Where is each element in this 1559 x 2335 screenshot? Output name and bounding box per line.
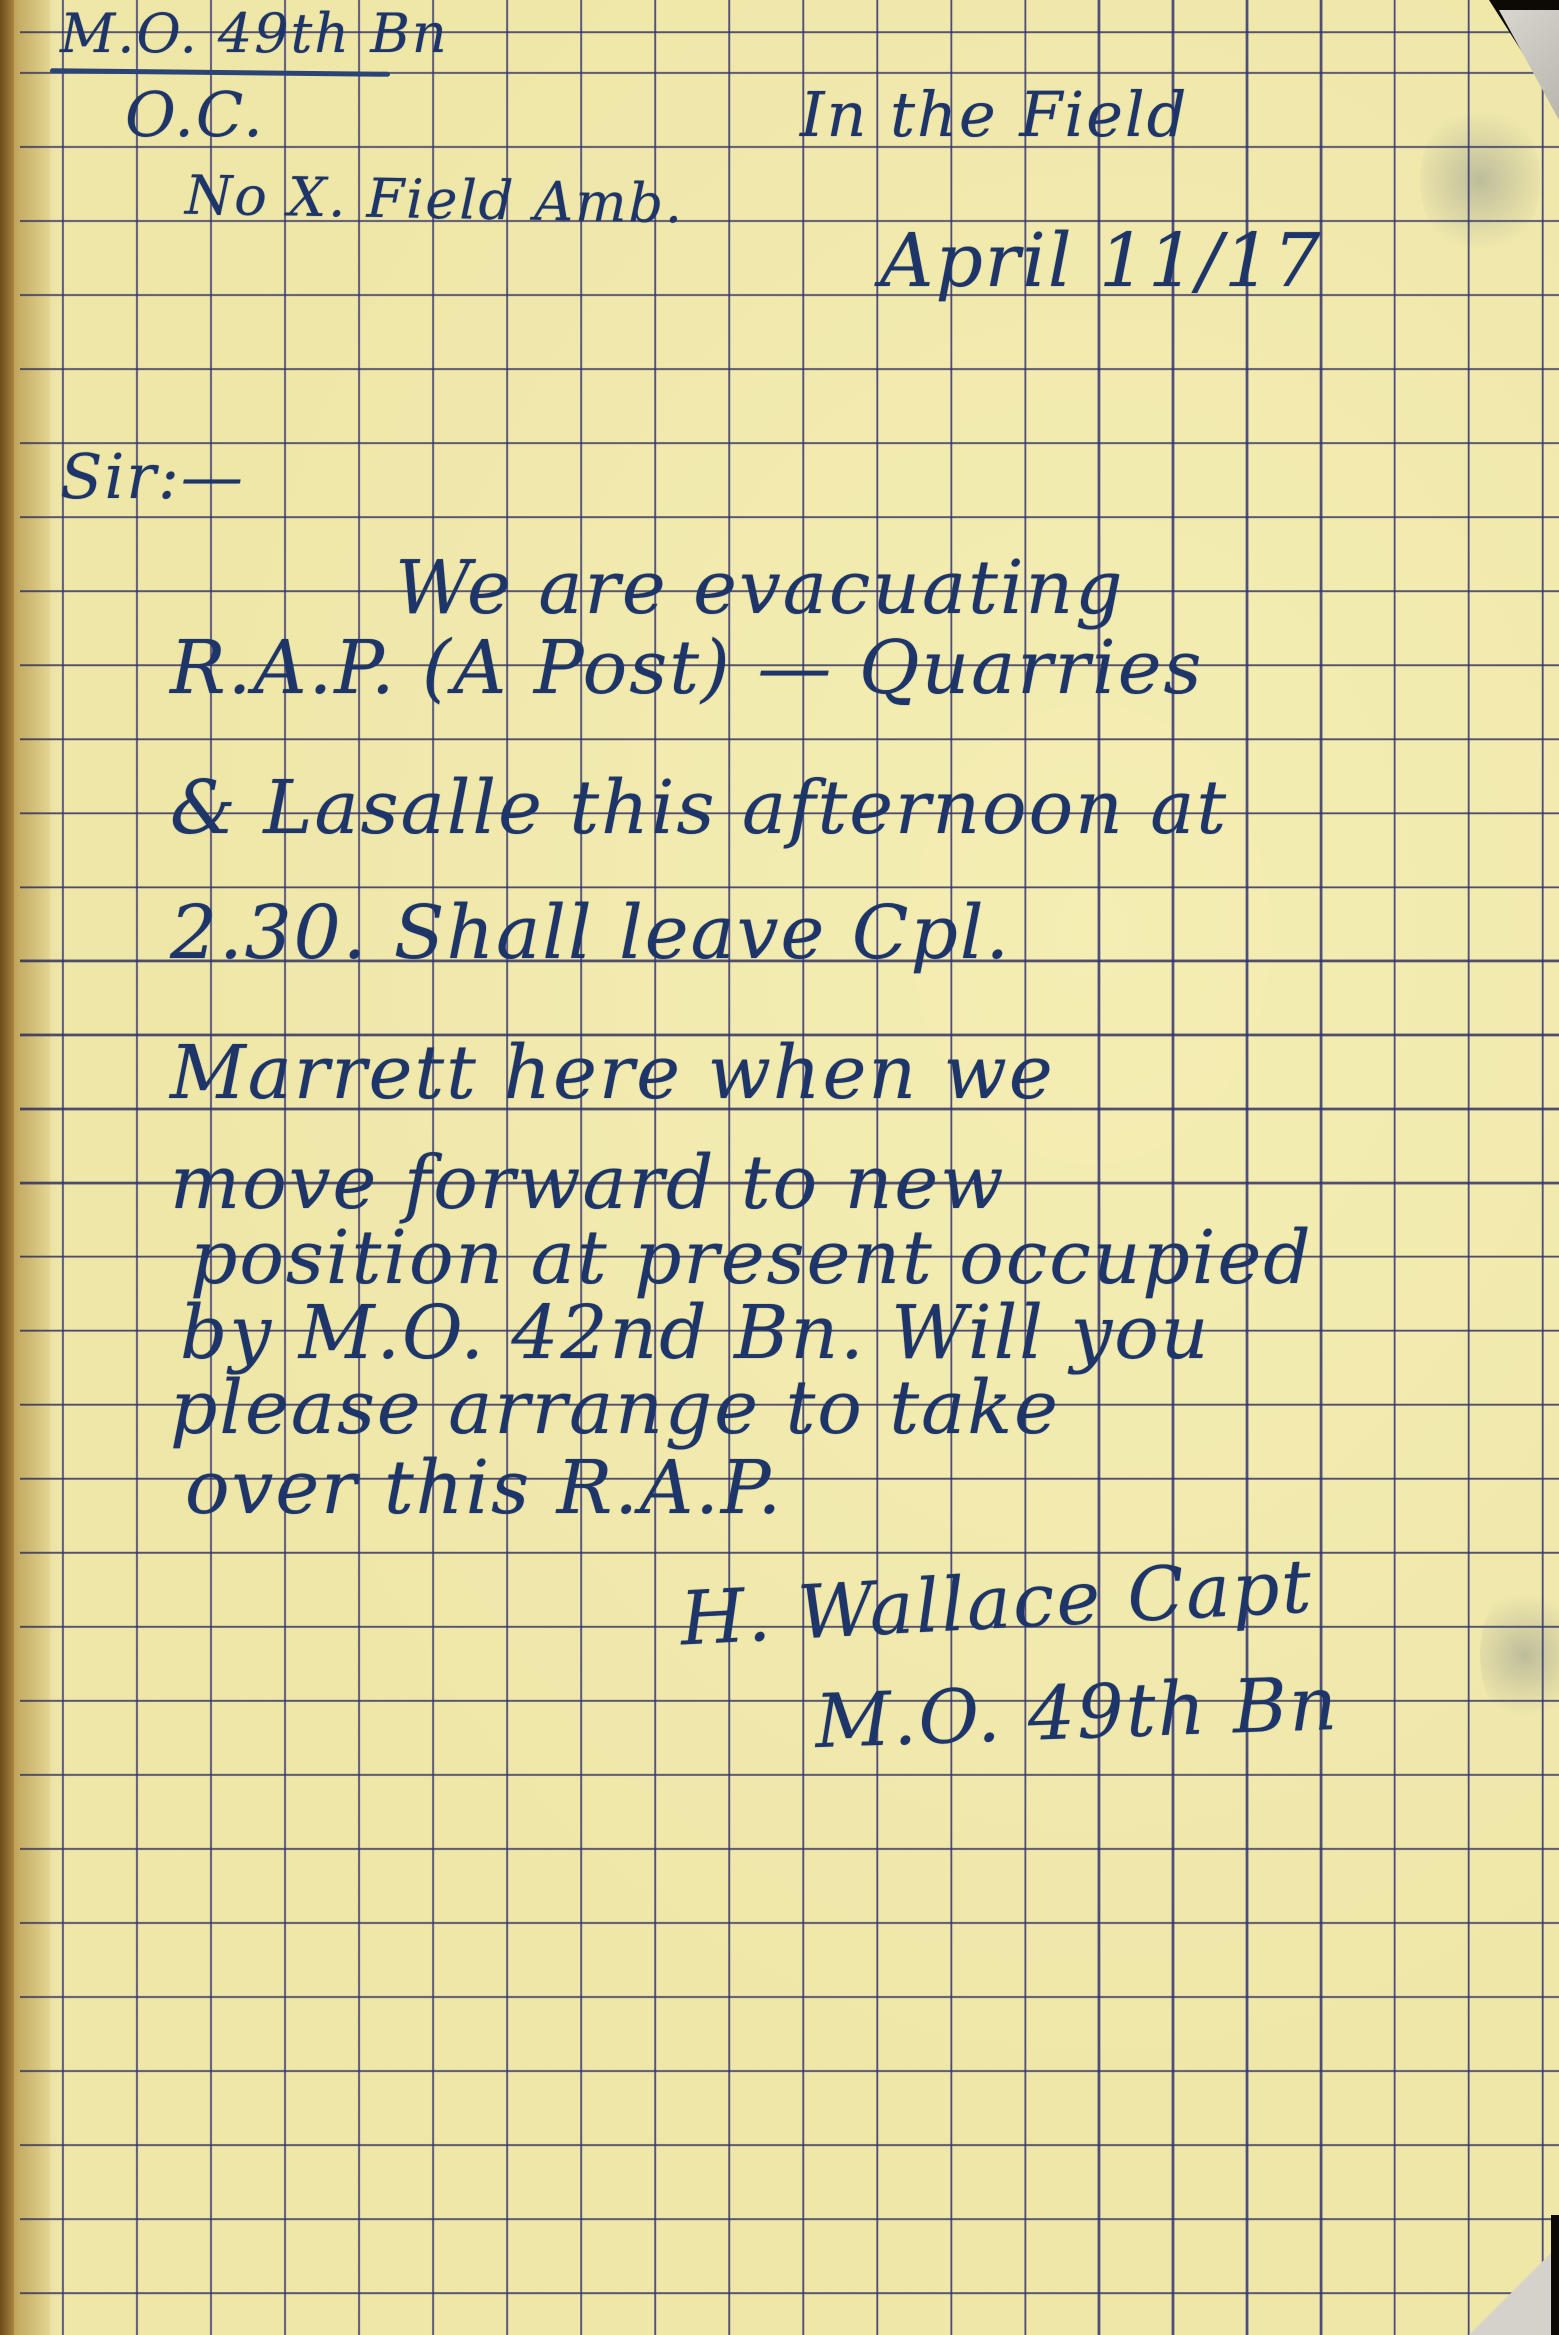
page-edge-bottom xyxy=(1551,2215,1559,2335)
header-to-line2: No X. Field Amb. xyxy=(184,164,684,236)
corner-fold-bottom xyxy=(1469,2245,1559,2335)
notebook-page: M.O. 49th Bn O.C. No X. Field Amb. In th… xyxy=(0,0,1559,2335)
body-line-2: R.A.P. (A Post) — Quarries xyxy=(170,625,1203,711)
body-line-6: move forward to new xyxy=(170,1140,1006,1226)
body-line-5: Marrett here when we xyxy=(170,1030,1055,1116)
signature-title: M.O. 49th Bn xyxy=(814,1661,1340,1765)
body-line-1: We are evacuating xyxy=(395,545,1125,631)
body-line-9: please arrange to take xyxy=(170,1365,1060,1451)
page-binding xyxy=(0,0,14,2335)
body-line-10: over this R.A.P. xyxy=(185,1445,783,1531)
header-date: April 11/17 xyxy=(880,218,1322,304)
salutation: Sir:— xyxy=(60,440,245,513)
header-to-line1: O.C. xyxy=(125,78,265,151)
body-line-7: position at present occupied xyxy=(190,1215,1313,1301)
body-line-8: by M.O. 42nd Bn. Will you xyxy=(180,1290,1210,1376)
body-line-4: 2.30. Shall leave Cpl. xyxy=(170,890,1011,976)
body-line-3: & Lasalle this afternoon at xyxy=(170,765,1228,851)
ink-smudge xyxy=(1420,100,1540,260)
header-from: M.O. 49th Bn xyxy=(60,2,449,65)
header-place: In the Field xyxy=(800,78,1188,151)
